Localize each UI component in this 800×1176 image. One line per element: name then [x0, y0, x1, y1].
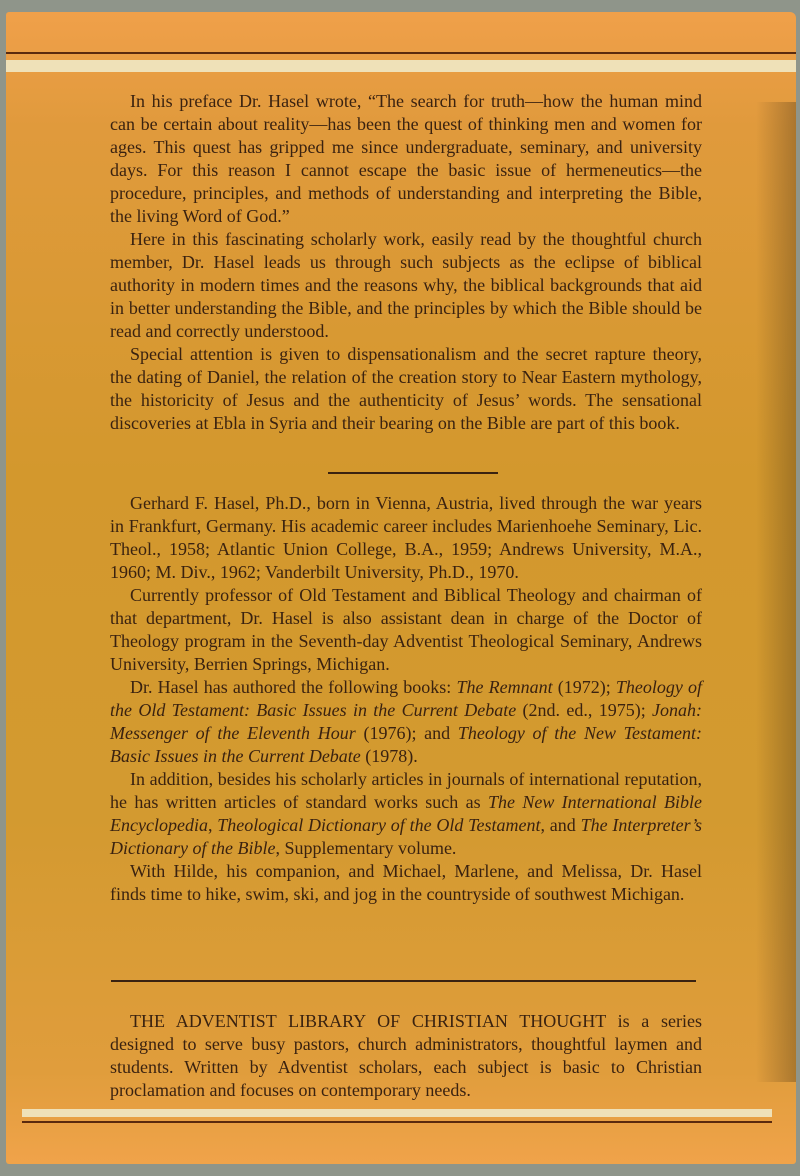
- work-sep: ,: [208, 815, 217, 835]
- work-sep: , Supplementary volume.: [275, 838, 456, 858]
- preface-section: In his preface Dr. Hasel wrote, “The sea…: [110, 90, 702, 435]
- work-title: Theological Dictionary of the Old Testam…: [217, 815, 540, 835]
- author-family: With Hilde, his companion, and Michael, …: [110, 860, 702, 906]
- author-books: Dr. Hasel has authored the following boo…: [110, 676, 702, 768]
- series-description: THE ADVENTIST LIBRARY OF CHRISTIAN THOUG…: [110, 1010, 702, 1102]
- book-title: The Remnant: [456, 677, 552, 697]
- books-intro: Dr. Hasel has authored the following boo…: [130, 677, 456, 697]
- work-sep: , and: [541, 815, 581, 835]
- series-divider: [111, 980, 696, 982]
- book-note: (1978).: [361, 746, 418, 766]
- series-section: THE ADVENTIST LIBRARY OF CHRISTIAN THOUG…: [110, 1010, 702, 1102]
- bottom-rule: [22, 1121, 772, 1123]
- preface-paragraph: Here in this fascinating scholarly work,…: [110, 228, 702, 343]
- book-note: (2nd. ed., 1975);: [516, 700, 652, 720]
- series-name: THE ADVENTIST LIBRARY OF CHRISTIAN THOUG…: [130, 1011, 606, 1031]
- preface-paragraph: Special attention is given to dispensati…: [110, 343, 702, 435]
- bottom-band: [22, 1109, 772, 1117]
- author-articles: In addition, besides his scholarly artic…: [110, 768, 702, 860]
- preface-paragraph: In his preface Dr. Hasel wrote, “The sea…: [110, 90, 702, 228]
- top-band: [6, 60, 796, 72]
- section-divider: [328, 472, 498, 474]
- author-position: Currently professor of Old Testament and…: [110, 584, 702, 676]
- author-bio: Gerhard F. Hasel, Ph.D., born in Vienna,…: [110, 492, 702, 584]
- book-back-cover: In his preface Dr. Hasel wrote, “The sea…: [6, 12, 796, 1164]
- book-note: (1972);: [553, 677, 616, 697]
- author-section: Gerhard F. Hasel, Ph.D., born in Vienna,…: [110, 492, 702, 906]
- book-note: (1976); and: [356, 723, 458, 743]
- top-rule: [6, 52, 796, 54]
